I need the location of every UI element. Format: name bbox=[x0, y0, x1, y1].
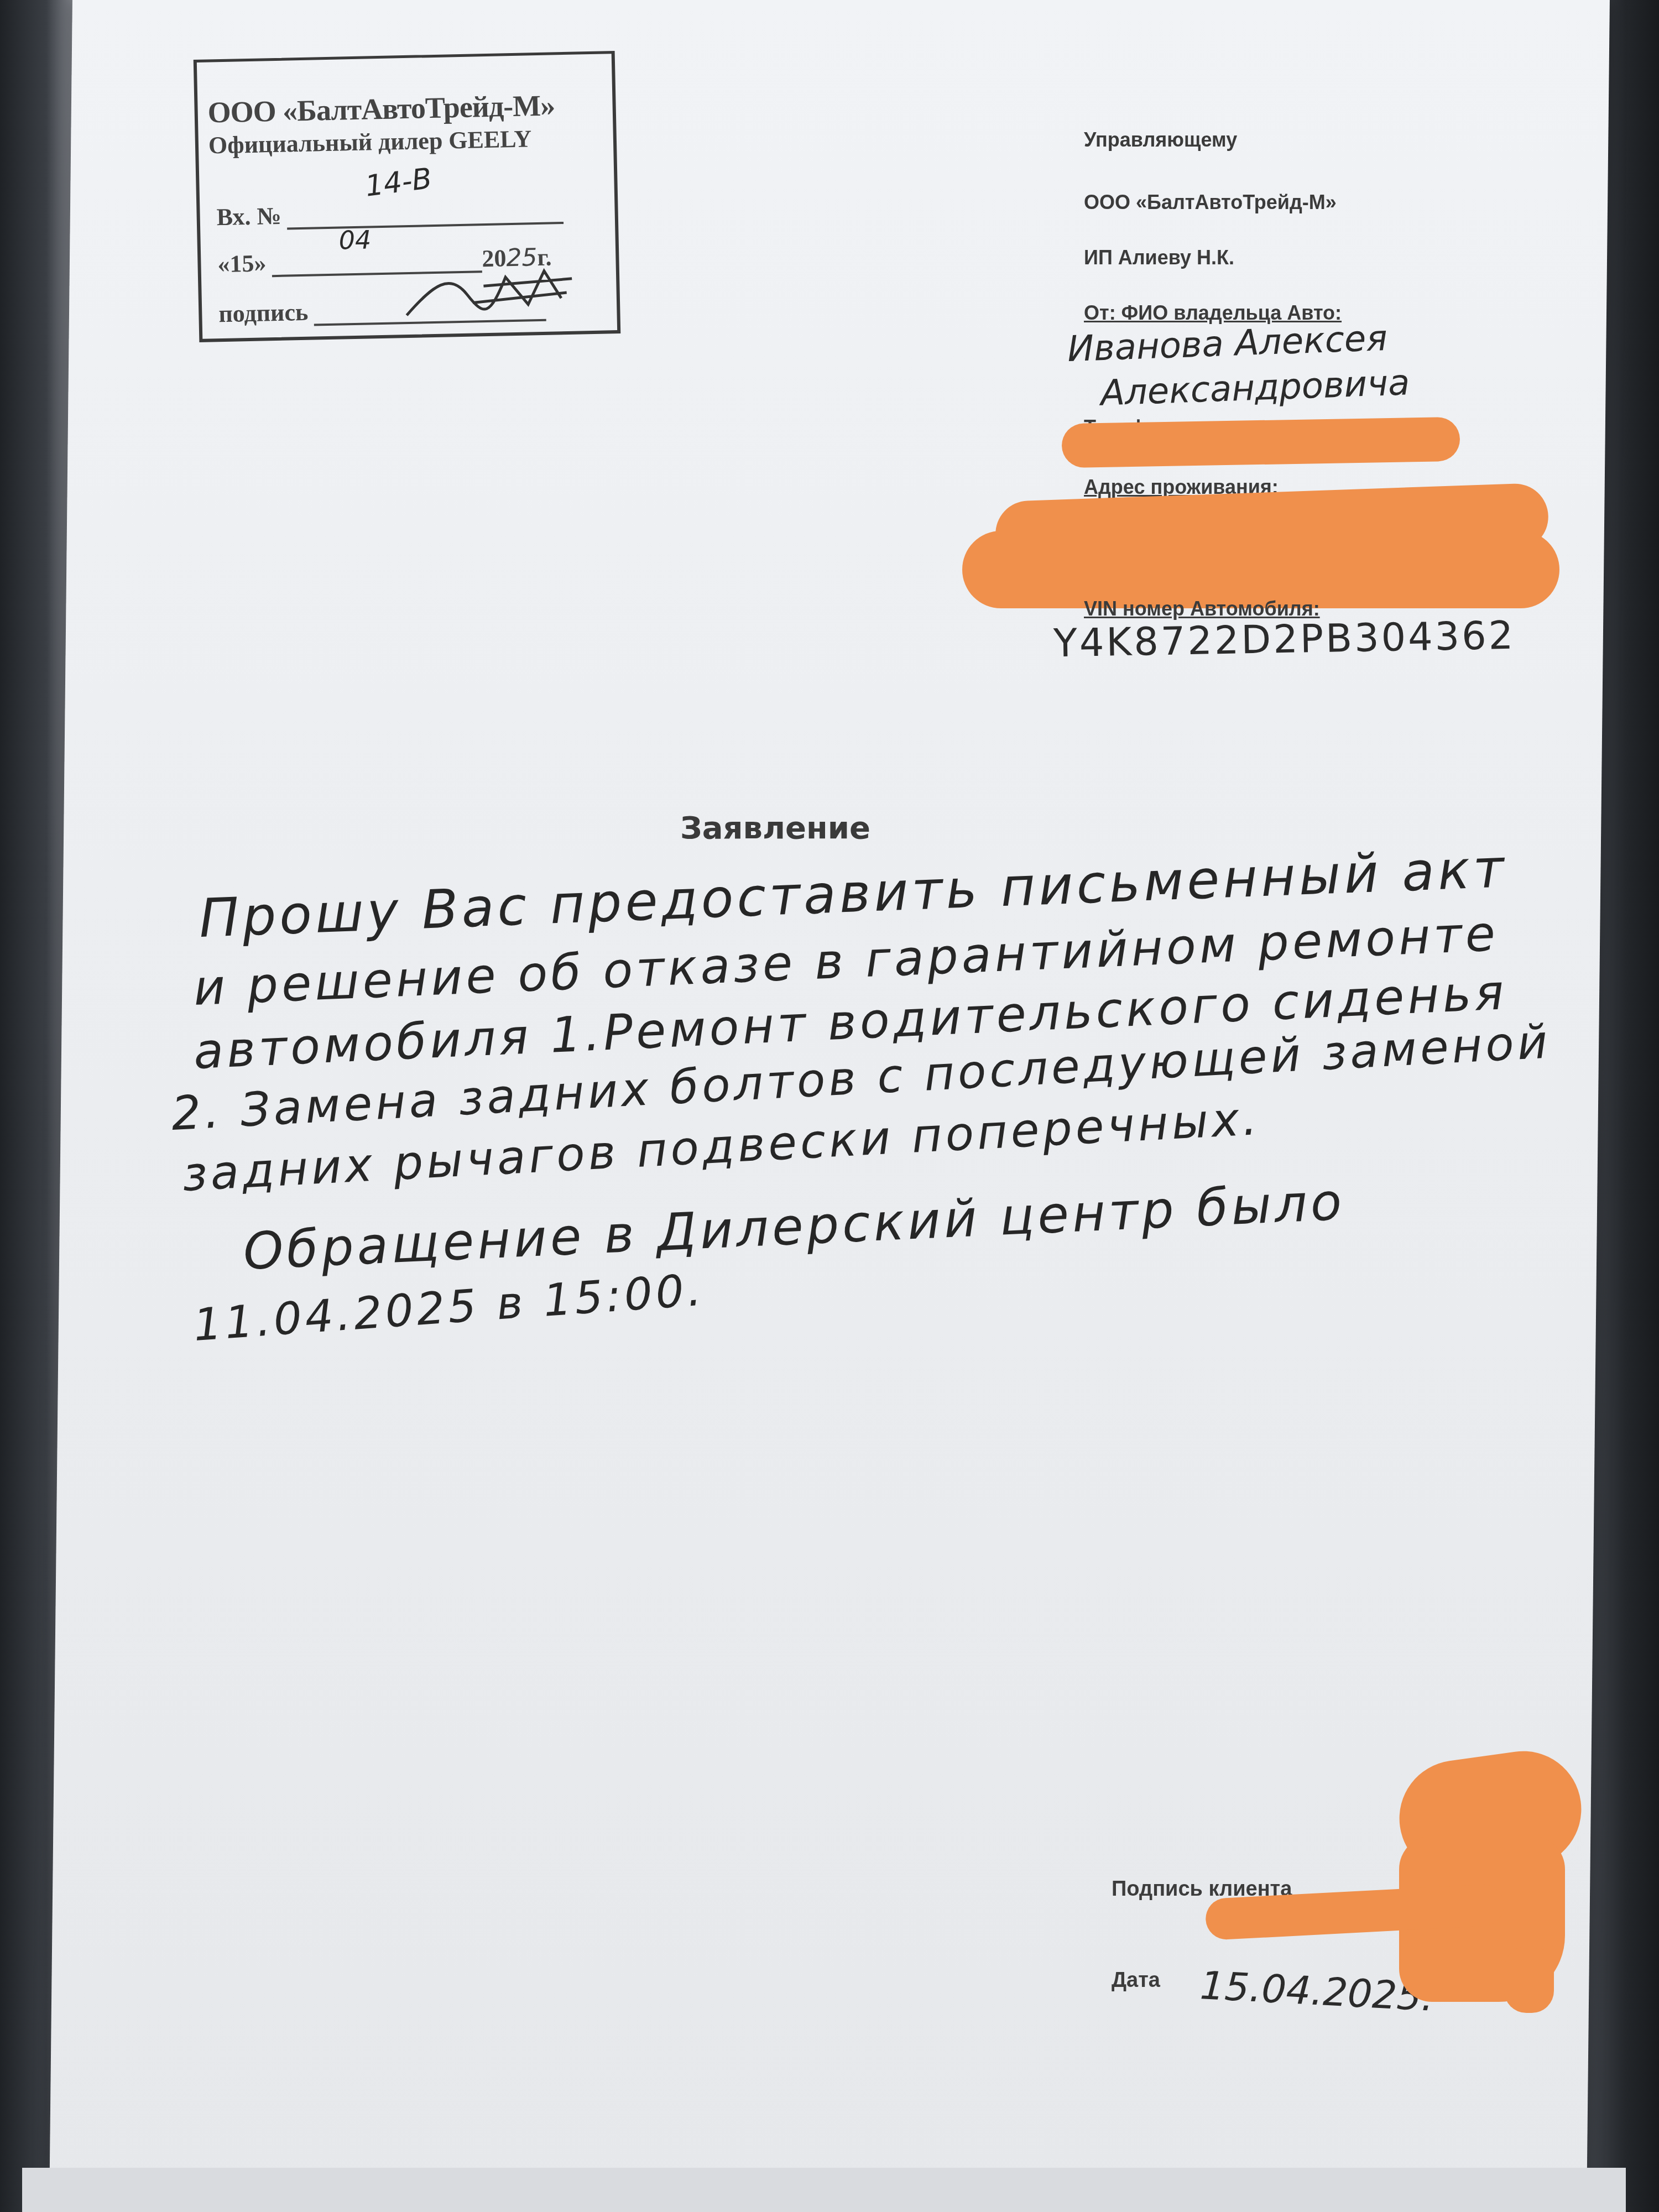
redaction-phone bbox=[1061, 417, 1460, 468]
stamp-signature-label: подпись bbox=[218, 298, 309, 328]
stamp-subtitle: Официальный дилер GEELY bbox=[208, 124, 531, 159]
addressee-line-3: ИП Алиеву Н.К. bbox=[1084, 246, 1234, 269]
stamp-incoming-line bbox=[287, 220, 564, 229]
stamp-date-month: 04 bbox=[338, 225, 372, 255]
stamp-org: ООО «БалтАвтоТрейд-М» bbox=[207, 88, 555, 129]
redaction-address-2 bbox=[962, 531, 1559, 608]
stamp-incoming-label: Вх. № bbox=[216, 202, 281, 231]
redaction-signature-tail bbox=[1504, 1947, 1554, 2013]
incoming-stamp: ООО «БалтАвтоТрейд-М» Официальный дилер … bbox=[194, 51, 621, 342]
document-title: Заявление bbox=[680, 810, 870, 846]
stamp-signature-scribble bbox=[400, 259, 578, 324]
paper-bottom-edge bbox=[22, 2168, 1626, 2212]
stamp-incoming-row: Вх. № bbox=[216, 196, 564, 231]
stamp-incoming-number: 14-В bbox=[363, 162, 434, 204]
sender-vin-value: Y4K8722D2PB304362 bbox=[1053, 613, 1516, 666]
date-label: Дата bbox=[1112, 1969, 1160, 1992]
addressee-line-2: ООО «БалтАвтоТрейд-М» bbox=[1084, 191, 1337, 214]
stamp-date-day: «15» bbox=[217, 249, 267, 278]
addressee-line-1: Управляющему bbox=[1084, 128, 1237, 152]
